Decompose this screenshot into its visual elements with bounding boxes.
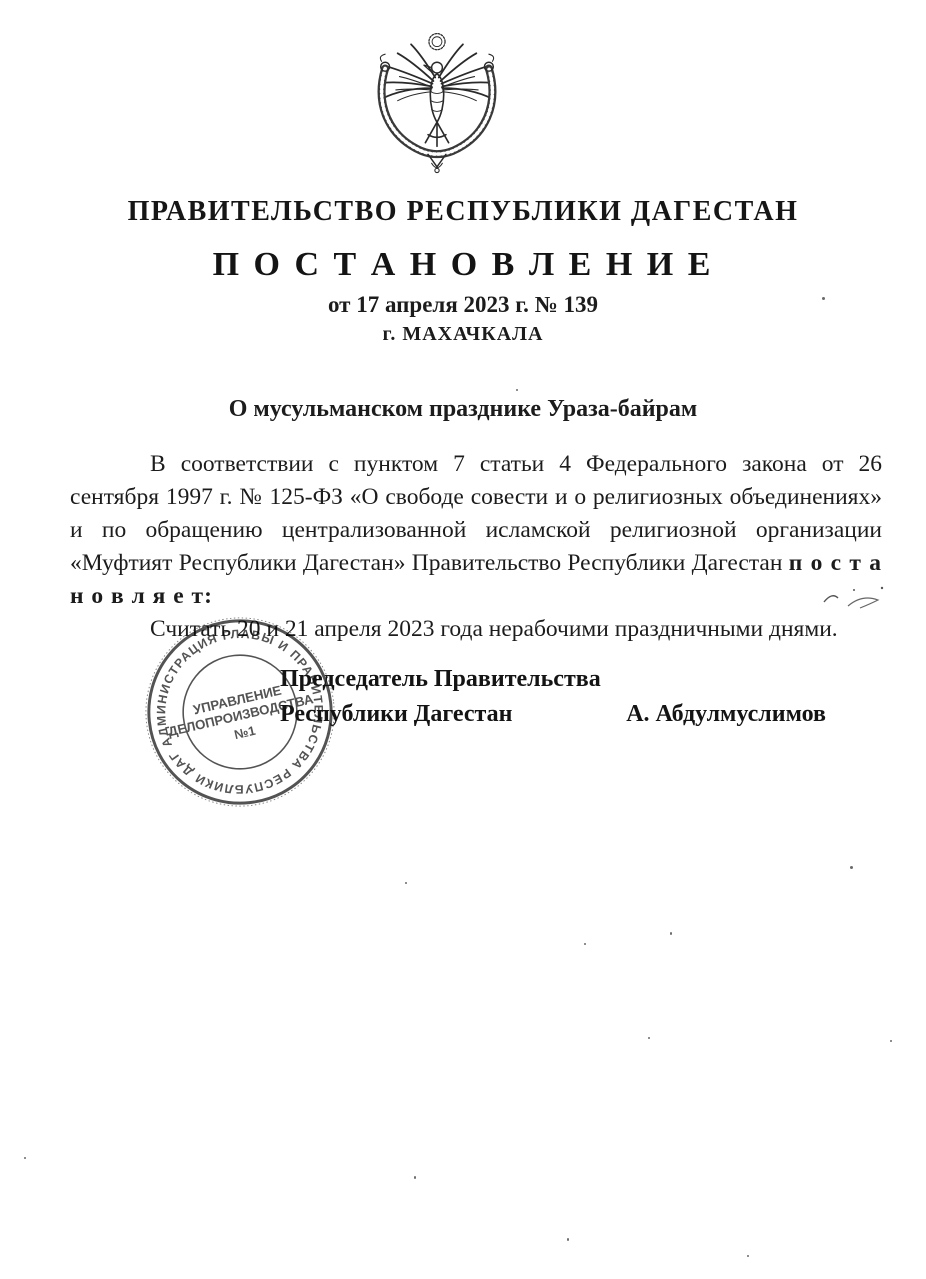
paragraph-preamble: В соответствии с пунктом 7 статьи 4 Феде… — [70, 448, 882, 613]
signer-name: А. Абдулмуслимов — [626, 701, 826, 728]
eagle-emblem-graphic — [362, 22, 512, 174]
document-type-title: П О С Т А Н О В Л Е Н И Е — [0, 246, 926, 284]
preamble-text: В соответствии с пунктом 7 статьи 4 Феде… — [70, 451, 882, 576]
dagestan-coat-of-arms-icon — [362, 22, 512, 174]
city-line: г. МАХАЧКАЛА — [0, 323, 926, 346]
stamp-center-line3: №1 — [233, 723, 257, 742]
date-and-number-line: от 17 апреля 2023 г. № 139 — [0, 292, 926, 318]
body-text: В соответствии с пунктом 7 статьи 4 Феде… — [70, 448, 882, 646]
ink-squiggle-mark — [818, 582, 888, 612]
subject-line: О мусульманском празднике Ураза-байрам — [0, 396, 926, 423]
signer-title-line1: Председатель Правительства — [280, 666, 826, 693]
document-page: ПРАВИТЕЛЬСТВО РЕСПУБЛИКИ ДАГЕСТАН П О С … — [0, 0, 926, 1279]
signer-title-line2: Республики Дагестан — [280, 701, 512, 728]
signature-block: Председатель Правительства Республики Да… — [280, 666, 826, 728]
issuing-authority-title: ПРАВИТЕЛЬСТВО РЕСПУБЛИКИ ДАГЕСТАН — [0, 196, 926, 228]
